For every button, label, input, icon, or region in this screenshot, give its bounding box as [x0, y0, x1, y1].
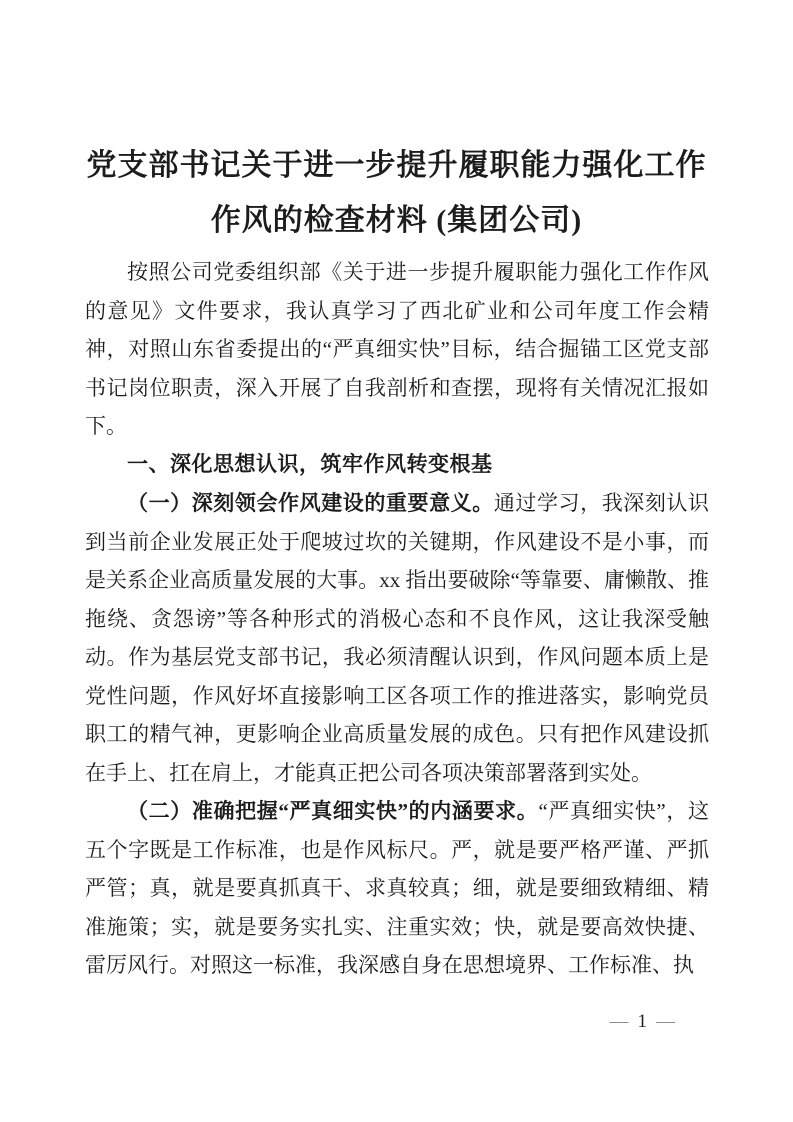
section-heading-1: 一、深化思想认识，筑牢作风转变根基 [85, 446, 709, 485]
subsection-1-lead: （一）深刻领会作风建设的重要意义。 [127, 491, 494, 515]
paragraph-sub2: （二）准确把握“严真细实快”的内涵要求。“严真细实快”，这五个字既是工作标准，也… [85, 792, 709, 985]
document-page: 党支部书记关于进一步提升履职能力强化工作作风的检查材料 (集团公司) 按照公司党… [0, 0, 793, 1122]
subsection-2-lead: （二）准确把握“严真细实快”的内涵要求。 [127, 799, 538, 823]
page-number-footer: —1— [610, 1010, 676, 1034]
subsection-2-text: “严真细实快”，这五个字既是工作标准，也是作风标尺。严，就是要严格严谨、严抓严管… [85, 799, 709, 977]
page-number-dash-left: — [610, 1011, 629, 1032]
paragraph-sub1: （一）深刻领会作风建设的重要意义。通过学习，我深刻认识到当前企业发展正处于爬坡过… [85, 484, 709, 792]
subsection-1-text: 通过学习，我深刻认识到当前企业发展正处于爬坡过坎的关键期，作风建设不是小事，而是… [85, 491, 709, 785]
document-body: 按照公司党委组织部《关于进一步提升履职能力强化工作作风的意见》文件要求，我认真学… [85, 253, 709, 985]
document-title: 党支部书记关于进一步提升履职能力强化工作作风的检查材料 (集团公司) [85, 138, 708, 248]
paragraph-intro: 按照公司党委组织部《关于进一步提升履职能力强化工作作风的意见》文件要求，我认真学… [85, 253, 709, 446]
page-number-dash-right: — [656, 1011, 675, 1032]
page-number-value: 1 [629, 1011, 657, 1032]
